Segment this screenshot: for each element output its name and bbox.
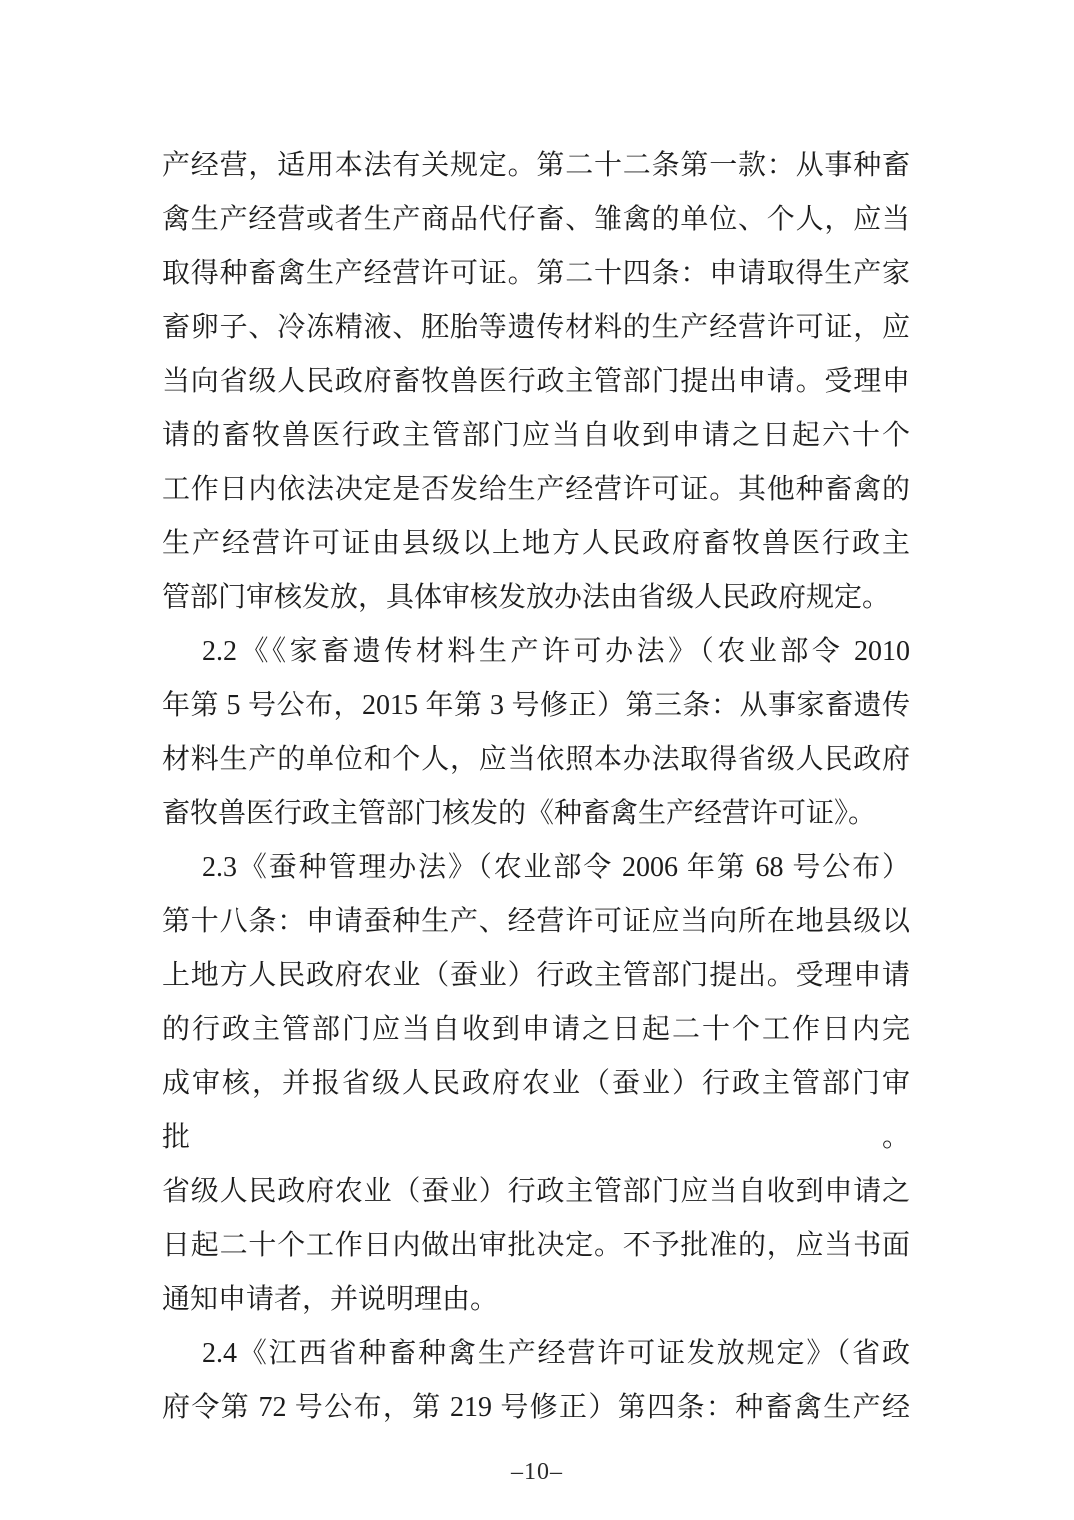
text-line: 省级人民政府农业（蚕业）行政主管部门应当自收到申请之 [162,1165,910,1219]
text-line: 材料生产的单位和个人，应当依照本办法取得省级人民政府 [162,733,910,787]
text-line: 取得种畜禽生产经营许可证。第二十四条：申请取得生产家 [162,247,910,301]
document-page: 产经营，适用本法有关规定。第二十二条第一款：从事种畜 禽生产经营或者生产商品代仔… [0,0,1074,1520]
text-line: 通知申请者，并说明理由。 [162,1273,910,1327]
text-line: 禽生产经营或者生产商品代仔畜、雏禽的单位、个人，应当 [162,193,910,247]
text-line: 工作日内依法决定是否发给生产经营许可证。其他种畜禽的 [162,463,910,517]
text-line: 请的畜牧兽医行政主管部门应当自收到申请之日起六十个 [162,409,910,463]
text-line: 生产经营许可证由县级以上地方人民政府畜牧兽医行政主 [162,517,910,571]
text-line: 的行政主管部门应当自收到申请之日起二十个工作日内完 [162,1003,910,1057]
text-line: 畜卵子、冷冻精液、胚胎等遗传材料的生产经营许可证，应 [162,301,910,355]
text-line: 成审核，并报省级人民政府农业（蚕业）行政主管部门审批。 [162,1057,910,1165]
text-line: 管部门审核发放，具体审核发放办法由省级人民政府规定。 [162,571,910,625]
text-line: 第十八条：申请蚕种生产、经营许可证应当向所在地县级以 [162,895,910,949]
text-line: 日起二十个工作日内做出审批决定。不予批准的，应当书面 [162,1219,910,1273]
text-line: 产经营，适用本法有关规定。第二十二条第一款：从事种畜 [162,139,910,193]
text-line: 府令第 72 号公布，第 219 号修正）第四条：种畜禽生产经 [162,1381,910,1435]
text-line-paragraph-start: 2.2《《家畜遗传材料生产许可办法》（农业部令 2010 [162,625,910,679]
text-line-paragraph-start: 2.3《蚕种管理办法》（农业部令 2006 年第 68 号公布） [162,841,910,895]
text-line-paragraph-start: 2.4《江西省种畜种禽生产经营许可证发放规定》（省政 [162,1327,910,1381]
document-body: 产经营，适用本法有关规定。第二十二条第一款：从事种畜 禽生产经营或者生产商品代仔… [162,139,910,1435]
text-line: 上地方人民政府农业（蚕业）行政主管部门提出。受理申请 [162,949,910,1003]
text-line: 年第 5 号公布，2015 年第 3 号修正）第三条：从事家畜遗传 [162,679,910,733]
page-number: –10– [0,1459,1074,1486]
text-line: 畜牧兽医行政主管部门核发的《种畜禽生产经营许可证》。 [162,787,910,841]
text-line: 当向省级人民政府畜牧兽医行政主管部门提出申请。受理申 [162,355,910,409]
